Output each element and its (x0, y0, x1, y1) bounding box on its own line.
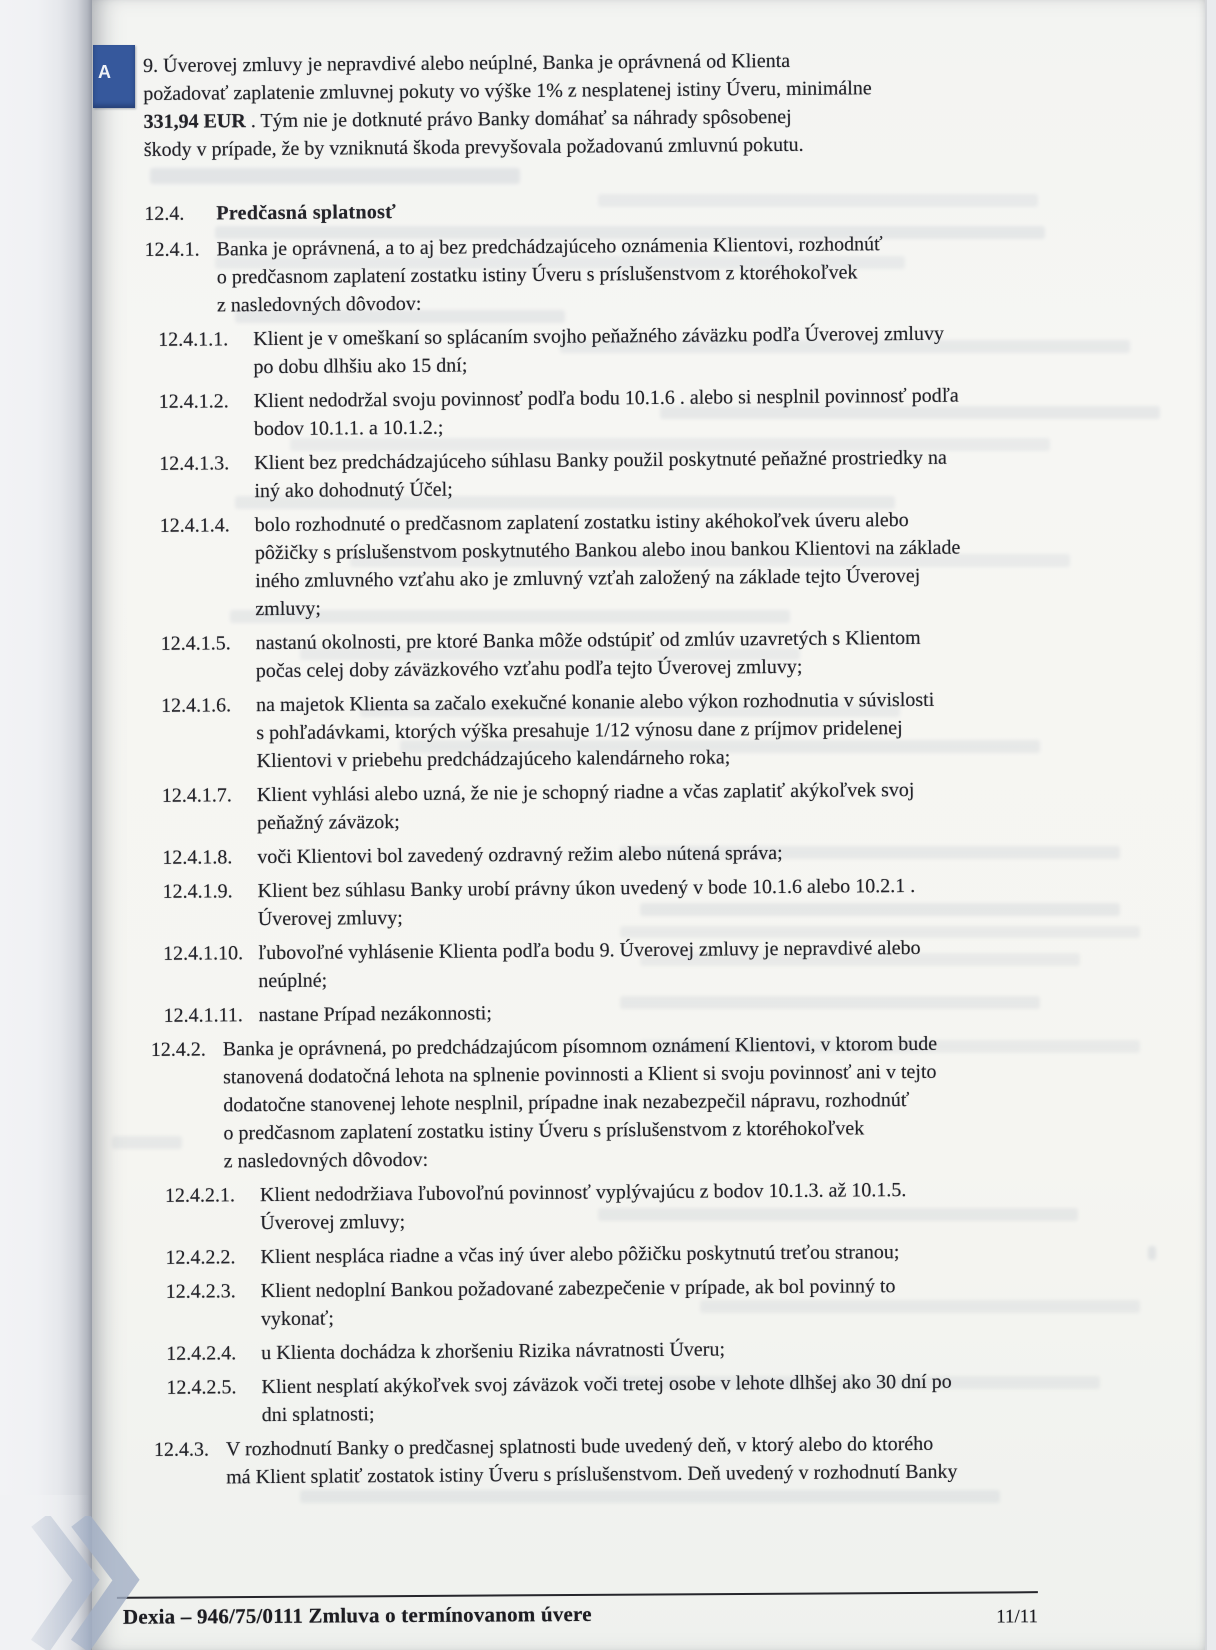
clause-row: 12.4.1.4.bolo rozhodnuté o predčasnom za… (160, 504, 1158, 624)
clause-number: 12.4.1.6. (161, 691, 257, 776)
section-number: 12.4. (144, 198, 216, 229)
clause-number: 12.4.2.5. (166, 1373, 261, 1430)
clause-text: na majetok Klienta sa začalo exekučné ko… (256, 684, 1159, 775)
marker-label: A (98, 62, 135, 83)
section-heading: 12.4. Predčasná splatnosť (144, 191, 1154, 229)
clause-text: Klient nesplatí akýkoľvek svoj záväzok v… (261, 1366, 1163, 1429)
clause-text: nastanú okolnosti, pre ktoré Banka môže … (256, 622, 1158, 685)
clause-text: Klient je v omeškaní so splácaním svojho… (253, 318, 1155, 381)
clause-number: 12.4.1.1. (158, 325, 253, 382)
clause-text: Klient bez súhlasu Banky urobí právny úk… (257, 870, 1159, 933)
clause-text: u Klienta dochádza k zhoršeniu Rizika ná… (261, 1332, 1163, 1367)
clause-text: Banka je oprávnená, po predchádzajúcom p… (223, 1028, 1162, 1175)
clause-number: 12.4.2.2. (165, 1243, 260, 1272)
clause-row: 12.4.3.V rozhodnutí Banky o predčasnej s… (154, 1428, 1164, 1492)
clause-text: Klient nedodržal svoju povinnosť podľa b… (254, 380, 1156, 443)
clause-row: 12.4.1.8.voči Klientovi bol zavedený ozd… (162, 836, 1159, 872)
clause-row: 12.4.2.Banka je oprávnená, po predchádza… (151, 1028, 1162, 1176)
page-footer: Dexia – 946/75/0111 Zmluva o termínovano… (117, 1591, 1038, 1634)
clause-number: 12.4.2. (151, 1035, 224, 1176)
section-marker-a: A (93, 45, 135, 108)
penalty-amount: 331,94 EUR (143, 110, 245, 133)
clause-number: 12.4.1.3. (159, 449, 254, 506)
clause-text: ľubovoľné vyhlásenie Klienta podľa bodu … (258, 932, 1160, 995)
clause-text: voči Klientovi bol zavedený ozdravný rež… (257, 836, 1159, 871)
clause-text: 9. Úverovej zmluvy je nepravdivé alebo n… (143, 50, 872, 105)
clause-text: nastane Prípad nezákonnosti; (258, 994, 1160, 1029)
clause-number: 12.4.2.3. (166, 1277, 261, 1334)
clause-row: 12.4.2.4.u Klienta dochádza k zhoršeniu … (166, 1332, 1163, 1368)
page-curl-highlight (0, 1495, 100, 1650)
clause-text: V rozhodnutí Banky o predčasnej splatnos… (226, 1428, 1164, 1491)
clause-row: 12.4.1.2.Klient nedodržal svoju povinnos… (159, 380, 1156, 444)
clause-row: 12.4.1.Banka je oprávnená, a to aj bez p… (144, 228, 1155, 320)
clause-row: 12.4.2.2.Klient nespláca riadne a včas i… (165, 1236, 1162, 1272)
page-number: 11/11 (996, 1606, 1038, 1628)
clause-row: 12.4.1.1.Klient je v omeškaní so splácan… (158, 318, 1155, 382)
clause-row: 12.4.1.6.na majetok Klienta sa začalo ex… (161, 684, 1159, 776)
clause-text: Klient bez predchádzajúceho súhlasu Bank… (254, 442, 1156, 505)
clause-row: 12.4.2.1.Klient nedodržiava ľubovoľnú po… (165, 1174, 1162, 1238)
contract-text: 9. Úverovej zmluvy je nepravdivé alebo n… (143, 44, 1164, 1498)
clause-number: 12.4.1.2. (159, 387, 254, 444)
clause-number: 12.4.1.4. (160, 511, 256, 624)
clause-number: 12.4.1.8. (162, 843, 257, 872)
clause-text: Klient nespláca riadne a včas iný úver a… (260, 1236, 1162, 1271)
clause-row: 12.4.2.5.Klient nesplatí akýkoľvek svoj … (166, 1366, 1163, 1430)
clause-text: Klient nedoplní Bankou požadované zabezp… (261, 1270, 1163, 1333)
page-curl-edge (0, 0, 92, 1650)
clause-number: 12.4.1.7. (162, 781, 257, 838)
clause-row: 12.4.2.3.Klient nedoplní Bankou požadova… (166, 1270, 1163, 1334)
clause-number: 12.4.1.11. (163, 1001, 258, 1030)
clause-9-paragraph: 9. Úverovej zmluvy je nepravdivé alebo n… (143, 45, 1004, 164)
clause-row: 12.4.1.9.Klient bez súhlasu Banky urobí … (162, 870, 1159, 934)
clause-number: 12.4.1.5. (161, 629, 256, 686)
clause-text: Klient nedodržiava ľubovoľnú povinnosť v… (260, 1174, 1162, 1237)
clause-number: 12.4.1. (144, 235, 217, 320)
clause-row: 12.4.1.5.nastanú okolnosti, pre ktoré Ba… (161, 622, 1158, 686)
clause-text: Banka je oprávnená, a to aj bez predchád… (216, 228, 1155, 319)
clause-row: 12.4.1.11.nastane Prípad nezákonnosti; (163, 994, 1160, 1030)
scanned-contract-page: 9. Úverovej zmluvy je nepravdivé alebo n… (0, 0, 1216, 1650)
clause-number: 12.4.2.1. (165, 1181, 260, 1238)
clause-number: 12.4.2.4. (166, 1339, 261, 1368)
clause-row: 12.4.1.10.ľubovoľné vyhlásenie Klienta p… (163, 932, 1160, 996)
clause-text: Klient vyhlási alebo uzná, že nie je sch… (257, 774, 1159, 837)
footer-document-title: Dexia – 946/75/0111 Zmluva o termínovano… (123, 1602, 592, 1630)
clause-row: 12.4.1.7.Klient vyhlási alebo uzná, že n… (162, 774, 1159, 838)
section-title: Predčasná splatnosť (216, 197, 396, 228)
clause-number: 12.4.1.9. (162, 877, 257, 934)
clause-row: 12.4.1.3.Klient bez predchádzajúceho súh… (159, 442, 1156, 506)
clause-text: bolo rozhodnuté o predčasnom zaplatení z… (255, 504, 1158, 623)
clause-number: 12.4.3. (154, 1435, 226, 1492)
clause-number: 12.4.1.10. (163, 939, 258, 996)
